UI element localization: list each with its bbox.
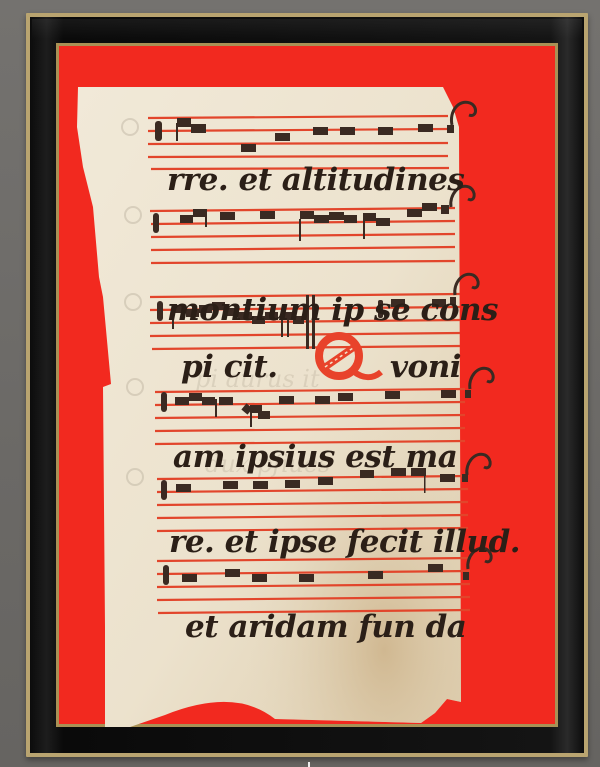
manuscript-leaf: pi aurus it dux pfiues xyxy=(75,87,545,727)
lyric-line-1: rre. et altitudines xyxy=(167,162,464,198)
lyric-line-3a: pi cit. xyxy=(181,349,278,385)
lyric-line-4: am ipsius est ma xyxy=(173,439,457,475)
lyric-line-5: re. et ipse fecit illud. xyxy=(169,524,520,560)
frame-highlight xyxy=(32,19,582,39)
lyric-line-3b: voni xyxy=(390,349,461,385)
lyric-line-6: et aridam fun da xyxy=(185,609,466,645)
lyric-line-2: montium ip se cons xyxy=(167,292,498,328)
hanging-wire-tag xyxy=(308,762,310,767)
